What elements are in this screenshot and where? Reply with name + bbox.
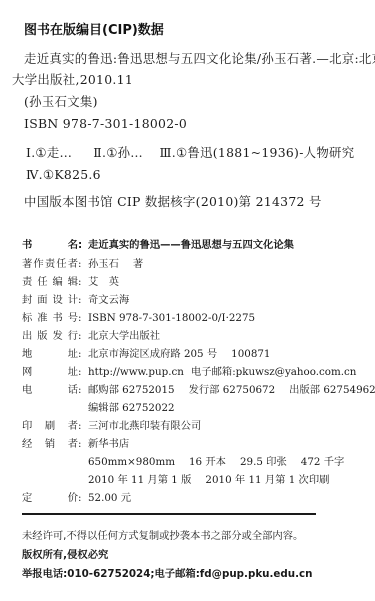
standard-number-label: 标准书号	[22, 313, 78, 323]
address-postcode: 100871	[231, 349, 270, 359]
publisher-label: 出版发行	[22, 331, 78, 341]
publisher-value: 北京大学出版社	[88, 331, 160, 341]
phone-mail-order: 邮购部 62752015	[88, 385, 175, 395]
colophon-standard-number-row: 标准书号 : ISBN 978-7-301-18002-0/I·2275	[22, 313, 255, 323]
format-words: 472 千字	[301, 457, 345, 467]
email-link[interactable]: pkuwsz@yahoo.com.cn	[236, 367, 357, 377]
edition-value: 2010 年 11 月第 1 版	[88, 475, 191, 485]
title-value: 走近真实的鲁迅——鲁迅思想与五四文化论集	[88, 240, 294, 250]
divider-rule	[22, 513, 316, 515]
cip-entry-line1: 走近真实的鲁迅:鲁迅思想与五四文化论集/孙玉石著.—北京:北京	[24, 53, 375, 65]
colophon-cover-design-row: 封面设计 : 奇文云海	[22, 295, 129, 305]
website-label: 网址	[22, 367, 78, 377]
colophon-phone-editorial-row: 编辑部 62752022	[88, 403, 175, 413]
cip-series: (孙玉石文集)	[24, 96, 98, 108]
phone-publishing: 出版部 62754962	[289, 385, 375, 395]
cip-isbn: ISBN 978-7-301-18002-0	[24, 118, 187, 130]
phone-distribution: 发行部 62750672	[189, 385, 276, 395]
author-label: 著作责任者	[22, 259, 78, 269]
colophon-phone-row: 电话 : 邮购部 62752015 发行部 62750672 出版部 62754…	[22, 385, 375, 395]
price-value: 52.00 元	[88, 493, 131, 503]
cip-heading: 图书在版编目(CIP)数据	[24, 24, 164, 37]
author-value: 孙玉石	[88, 259, 119, 269]
price-label: 定价	[22, 493, 78, 503]
cover-design-label: 封面设计	[22, 295, 78, 305]
email-label: 电子邮箱	[191, 367, 232, 377]
colophon-author-row: 著作责任者 : 孙玉石 著	[22, 259, 143, 269]
rights-reserved: 版权所有,侵权必究	[22, 550, 108, 560]
editor-value: 艾 英	[88, 277, 119, 287]
classification-iii: Ⅲ.①鲁迅(1881~1936)-人物研究	[160, 147, 355, 159]
colophon-printer-row: 印刷者 : 三河市北燕印装有限公司	[22, 421, 201, 431]
format-sheets: 29.5 印张	[240, 457, 287, 467]
website-link[interactable]: http://www.pup.cn	[88, 367, 191, 377]
cover-design-value: 奇文云海	[88, 295, 129, 305]
distributor-value: 新华书店	[88, 439, 129, 449]
classification-iv: Ⅳ.①K825.6	[26, 169, 101, 181]
address-label: 地址	[22, 349, 78, 359]
cip-entry-line2: 大学出版社,2010.11	[12, 74, 133, 86]
format-kai: 16 开本	[189, 457, 226, 467]
standard-number-value: ISBN 978-7-301-18002-0/I·2275	[88, 313, 255, 323]
cip-classification-row1: Ⅰ.①走… Ⅱ.①孙… Ⅲ.①鲁迅(1881~1936)-人物研究	[26, 147, 354, 159]
printer-value: 三河市北燕印装有限公司	[88, 421, 201, 431]
colophon-price-row: 定价 : 52.00 元	[22, 493, 131, 503]
distributor-label: 经销者	[22, 439, 78, 449]
classification-ii: Ⅱ.①孙…	[93, 147, 155, 159]
printing-value: 2010 年 11 月第 1 次印刷	[205, 475, 329, 485]
editor-label: 责任编辑	[22, 277, 78, 287]
colophon-format-row: 650mm×980mm 16 开本 29.5 印张 472 千字	[88, 457, 344, 467]
format-size: 650mm×980mm	[88, 457, 175, 467]
colophon-title-row: 书名 : 走近真实的鲁迅——鲁迅思想与五四文化论集	[22, 240, 294, 250]
colophon-editor-row: 责任编辑 : 艾 英	[22, 277, 119, 287]
phone-editorial: 编辑部 62752022	[88, 403, 175, 413]
colophon-website-row: 网址 : http://www.pup.cn 电子邮箱 : pkuwsz@yah…	[22, 367, 356, 377]
colophon-distributor-row: 经销者 : 新华书店	[22, 439, 129, 449]
printer-label: 印刷者	[22, 421, 78, 431]
address-value: 北京市海淀区成府路 205 号	[88, 349, 217, 359]
author-role: 著	[133, 259, 143, 269]
copy-notice: 未经许可,不得以任何方式复制或抄袭本书之部分或全部内容。	[22, 531, 303, 541]
colophon-publisher-row: 出版发行 : 北京大学出版社	[22, 331, 160, 341]
cip-number: 中国版本图书馆 CIP 数据核字(2010)第 214372 号	[24, 196, 322, 208]
classification-i: Ⅰ.①走…	[26, 147, 89, 159]
colophon-address-row: 地址 : 北京市海淀区成府路 205 号 100871	[22, 349, 270, 359]
phone-label: 电话	[22, 385, 78, 395]
report-contact: 举报电话:010-62752024;电子邮箱:fd@pup.pku.edu.cn	[22, 569, 312, 579]
colophon-edition-row: 2010 年 11 月第 1 版 2010 年 11 月第 1 次印刷	[88, 475, 329, 485]
title-label: 书名	[22, 240, 78, 250]
